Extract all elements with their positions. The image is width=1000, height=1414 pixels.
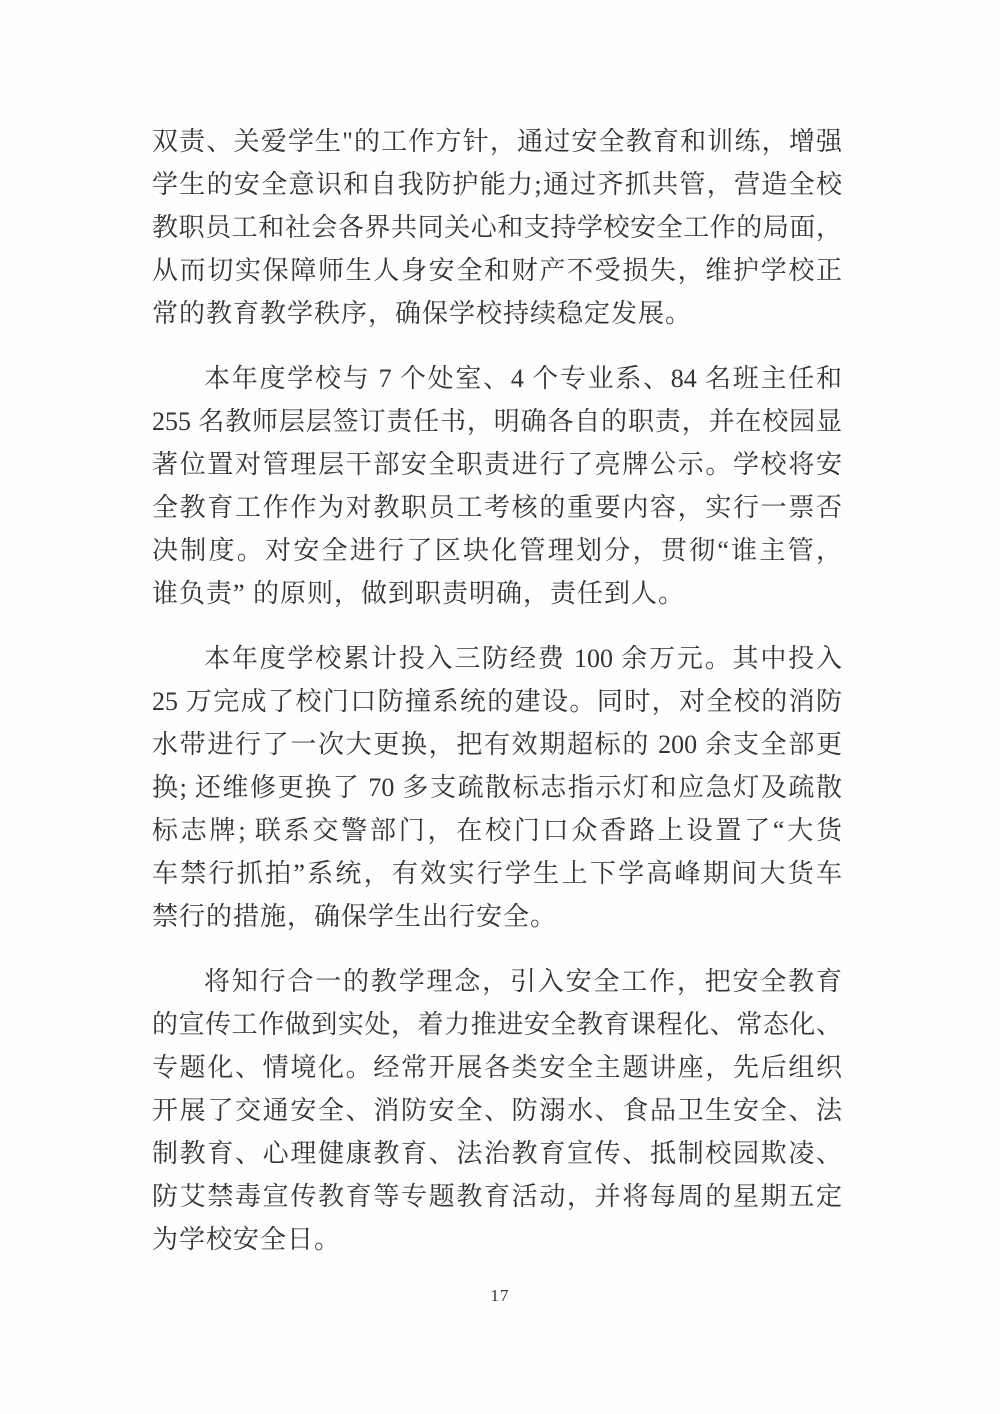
text-line: 从而切实保障师生人身安全和财产不受损失，维护学校正 xyxy=(152,249,842,292)
text-line: 教职员工和社会各界共同关心和支持学校安全工作的局面， xyxy=(152,206,842,249)
text-line: 著位置对管理层干部安全职责进行了亮牌公示。学校将安 xyxy=(152,443,842,486)
text-line: 25 万完成了校门口防撞系统的建设。同时，对全校的消防 xyxy=(152,680,842,723)
text-line: 将知行合一的教学理念，引入安全工作，把安全教育 xyxy=(152,960,842,1003)
text-line: 学生的安全意识和自我防护能力;通过齐抓共管，营造全校 xyxy=(152,163,842,206)
text-line: 标志牌; 联系交警部门，在校门口众香路上设置了“大货 xyxy=(152,809,842,852)
text-line: 255 名教师层层签订责任书，明确各自的职责，并在校园显 xyxy=(152,400,842,443)
paragraph: 本年度学校与 7 个处室、4 个专业系、84 名班主任和255 名教师层层签订责… xyxy=(152,357,842,615)
text-line: 防艾禁毒宣传教育等专题教育活动，并将每周的星期五定 xyxy=(152,1175,842,1218)
text-line: 换; 还维修更换了 70 多支疏散标志指示灯和应急灯及疏散 xyxy=(152,766,842,809)
paragraph: 将知行合一的教学理念，引入安全工作，把安全教育的宣传工作做到实处，着力推进安全教… xyxy=(152,960,842,1261)
paragraph: 本年度学校累计投入三防经费 100 余万元。其中投入25 万完成了校门口防撞系统… xyxy=(152,637,842,938)
document-body: 双责、关爱学生"的工作方针，通过安全教育和训练，增强学生的安全意识和自我防护能力… xyxy=(152,120,842,1283)
text-line: 专题化、情境化。经常开展各类安全主题讲座，先后组织 xyxy=(152,1046,842,1089)
text-line: 常的教育教学秩序，确保学校持续稳定发展。 xyxy=(152,292,842,335)
text-line: 为学校安全日。 xyxy=(152,1218,842,1261)
page-number: 17 xyxy=(0,1286,1000,1306)
text-line: 开展了交通安全、消防安全、防溺水、食品卫生安全、法 xyxy=(152,1089,842,1132)
text-line: 谁负责” 的原则，做到职责明确，责任到人。 xyxy=(152,572,842,615)
text-line: 全教育工作作为对教职员工考核的重要内容，实行一票否 xyxy=(152,486,842,529)
text-line: 制教育、心理健康教育、法治教育宣传、抵制校园欺凌、 xyxy=(152,1132,842,1175)
text-line: 本年度学校与 7 个处室、4 个专业系、84 名班主任和 xyxy=(152,357,842,400)
text-line: 决制度。对安全进行了区块化管理划分，贯彻“谁主管， xyxy=(152,529,842,572)
text-line: 车禁行抓拍”系统，有效实行学生上下学高峰期间大货车 xyxy=(152,852,842,895)
paragraph: 双责、关爱学生"的工作方针，通过安全教育和训练，增强学生的安全意识和自我防护能力… xyxy=(152,120,842,335)
document-page: 双责、关爱学生"的工作方针，通过安全教育和训练，增强学生的安全意识和自我防护能力… xyxy=(0,0,1000,1414)
text-line: 禁行的措施，确保学生出行安全。 xyxy=(152,895,842,938)
text-line: 双责、关爱学生"的工作方针，通过安全教育和训练，增强 xyxy=(152,120,842,163)
text-line: 本年度学校累计投入三防经费 100 余万元。其中投入 xyxy=(152,637,842,680)
text-line: 的宣传工作做到实处，着力推进安全教育课程化、常态化、 xyxy=(152,1003,842,1046)
text-line: 水带进行了一次大更换，把有效期超标的 200 余支全部更 xyxy=(152,723,842,766)
